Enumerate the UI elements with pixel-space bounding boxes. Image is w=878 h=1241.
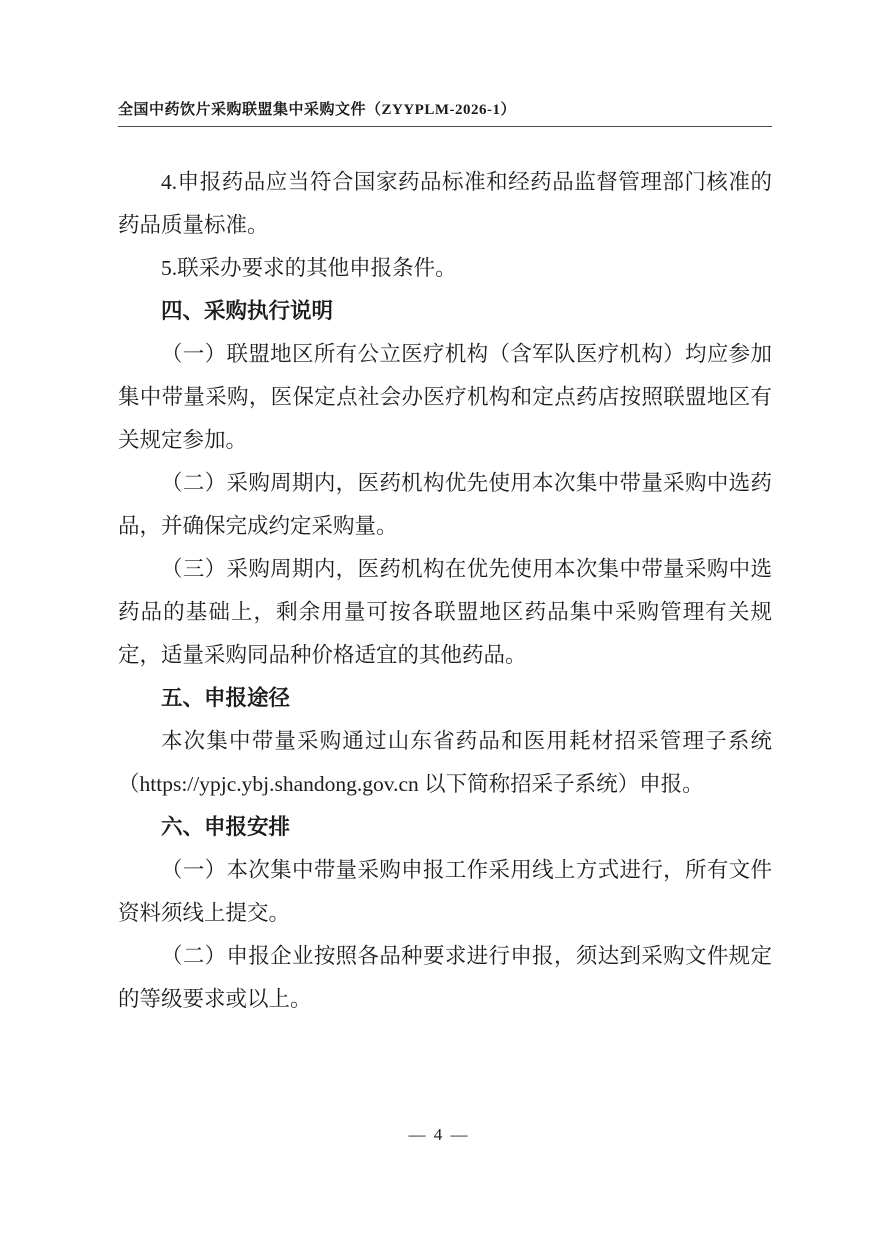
document-page: 全国中药饮片采购联盟集中采购文件（ZYYPLM-2026-1） 4.申报药品应当… bbox=[0, 0, 878, 1241]
paragraph: 5.联采办要求的其他申报条件。 bbox=[118, 247, 772, 290]
paragraph: （一）本次集中带量采购申报工作采用线上方式进行，所有文件资料须线上提交。 bbox=[118, 849, 772, 935]
page-header: 全国中药饮片采购联盟集中采购文件（ZYYPLM-2026-1） bbox=[118, 98, 772, 127]
paragraph: （二）采购周期内，医药机构优先使用本次集中带量采购中选药品，并确保完成约定采购量… bbox=[118, 462, 772, 548]
document-body: 4.申报药品应当符合国家药品标准和经药品监督管理部门核准的药品质量标准。 5.联… bbox=[118, 161, 772, 1021]
paragraph: （二）申报企业按照各品种要求进行申报，须达到采购文件规定的等级要求或以上。 bbox=[118, 935, 772, 1021]
page-footer: — 4 — bbox=[0, 1125, 878, 1145]
paragraph: （三）采购周期内，医药机构在优先使用本次集中带量采购中选药品的基础上，剩余用量可… bbox=[118, 548, 772, 677]
section-heading: 五、申报途径 bbox=[118, 677, 772, 720]
section-heading: 四、采购执行说明 bbox=[118, 290, 772, 333]
page-number: — 4 — bbox=[409, 1125, 470, 1144]
section-heading: 六、申报安排 bbox=[118, 806, 772, 849]
paragraph: 本次集中带量采购通过山东省药品和医用耗材招采管理子系统（https://ypjc… bbox=[118, 720, 772, 806]
paragraph: 4.申报药品应当符合国家药品标准和经药品监督管理部门核准的药品质量标准。 bbox=[118, 161, 772, 247]
paragraph: （一）联盟地区所有公立医疗机构（含军队医疗机构）均应参加集中带量采购，医保定点社… bbox=[118, 333, 772, 462]
